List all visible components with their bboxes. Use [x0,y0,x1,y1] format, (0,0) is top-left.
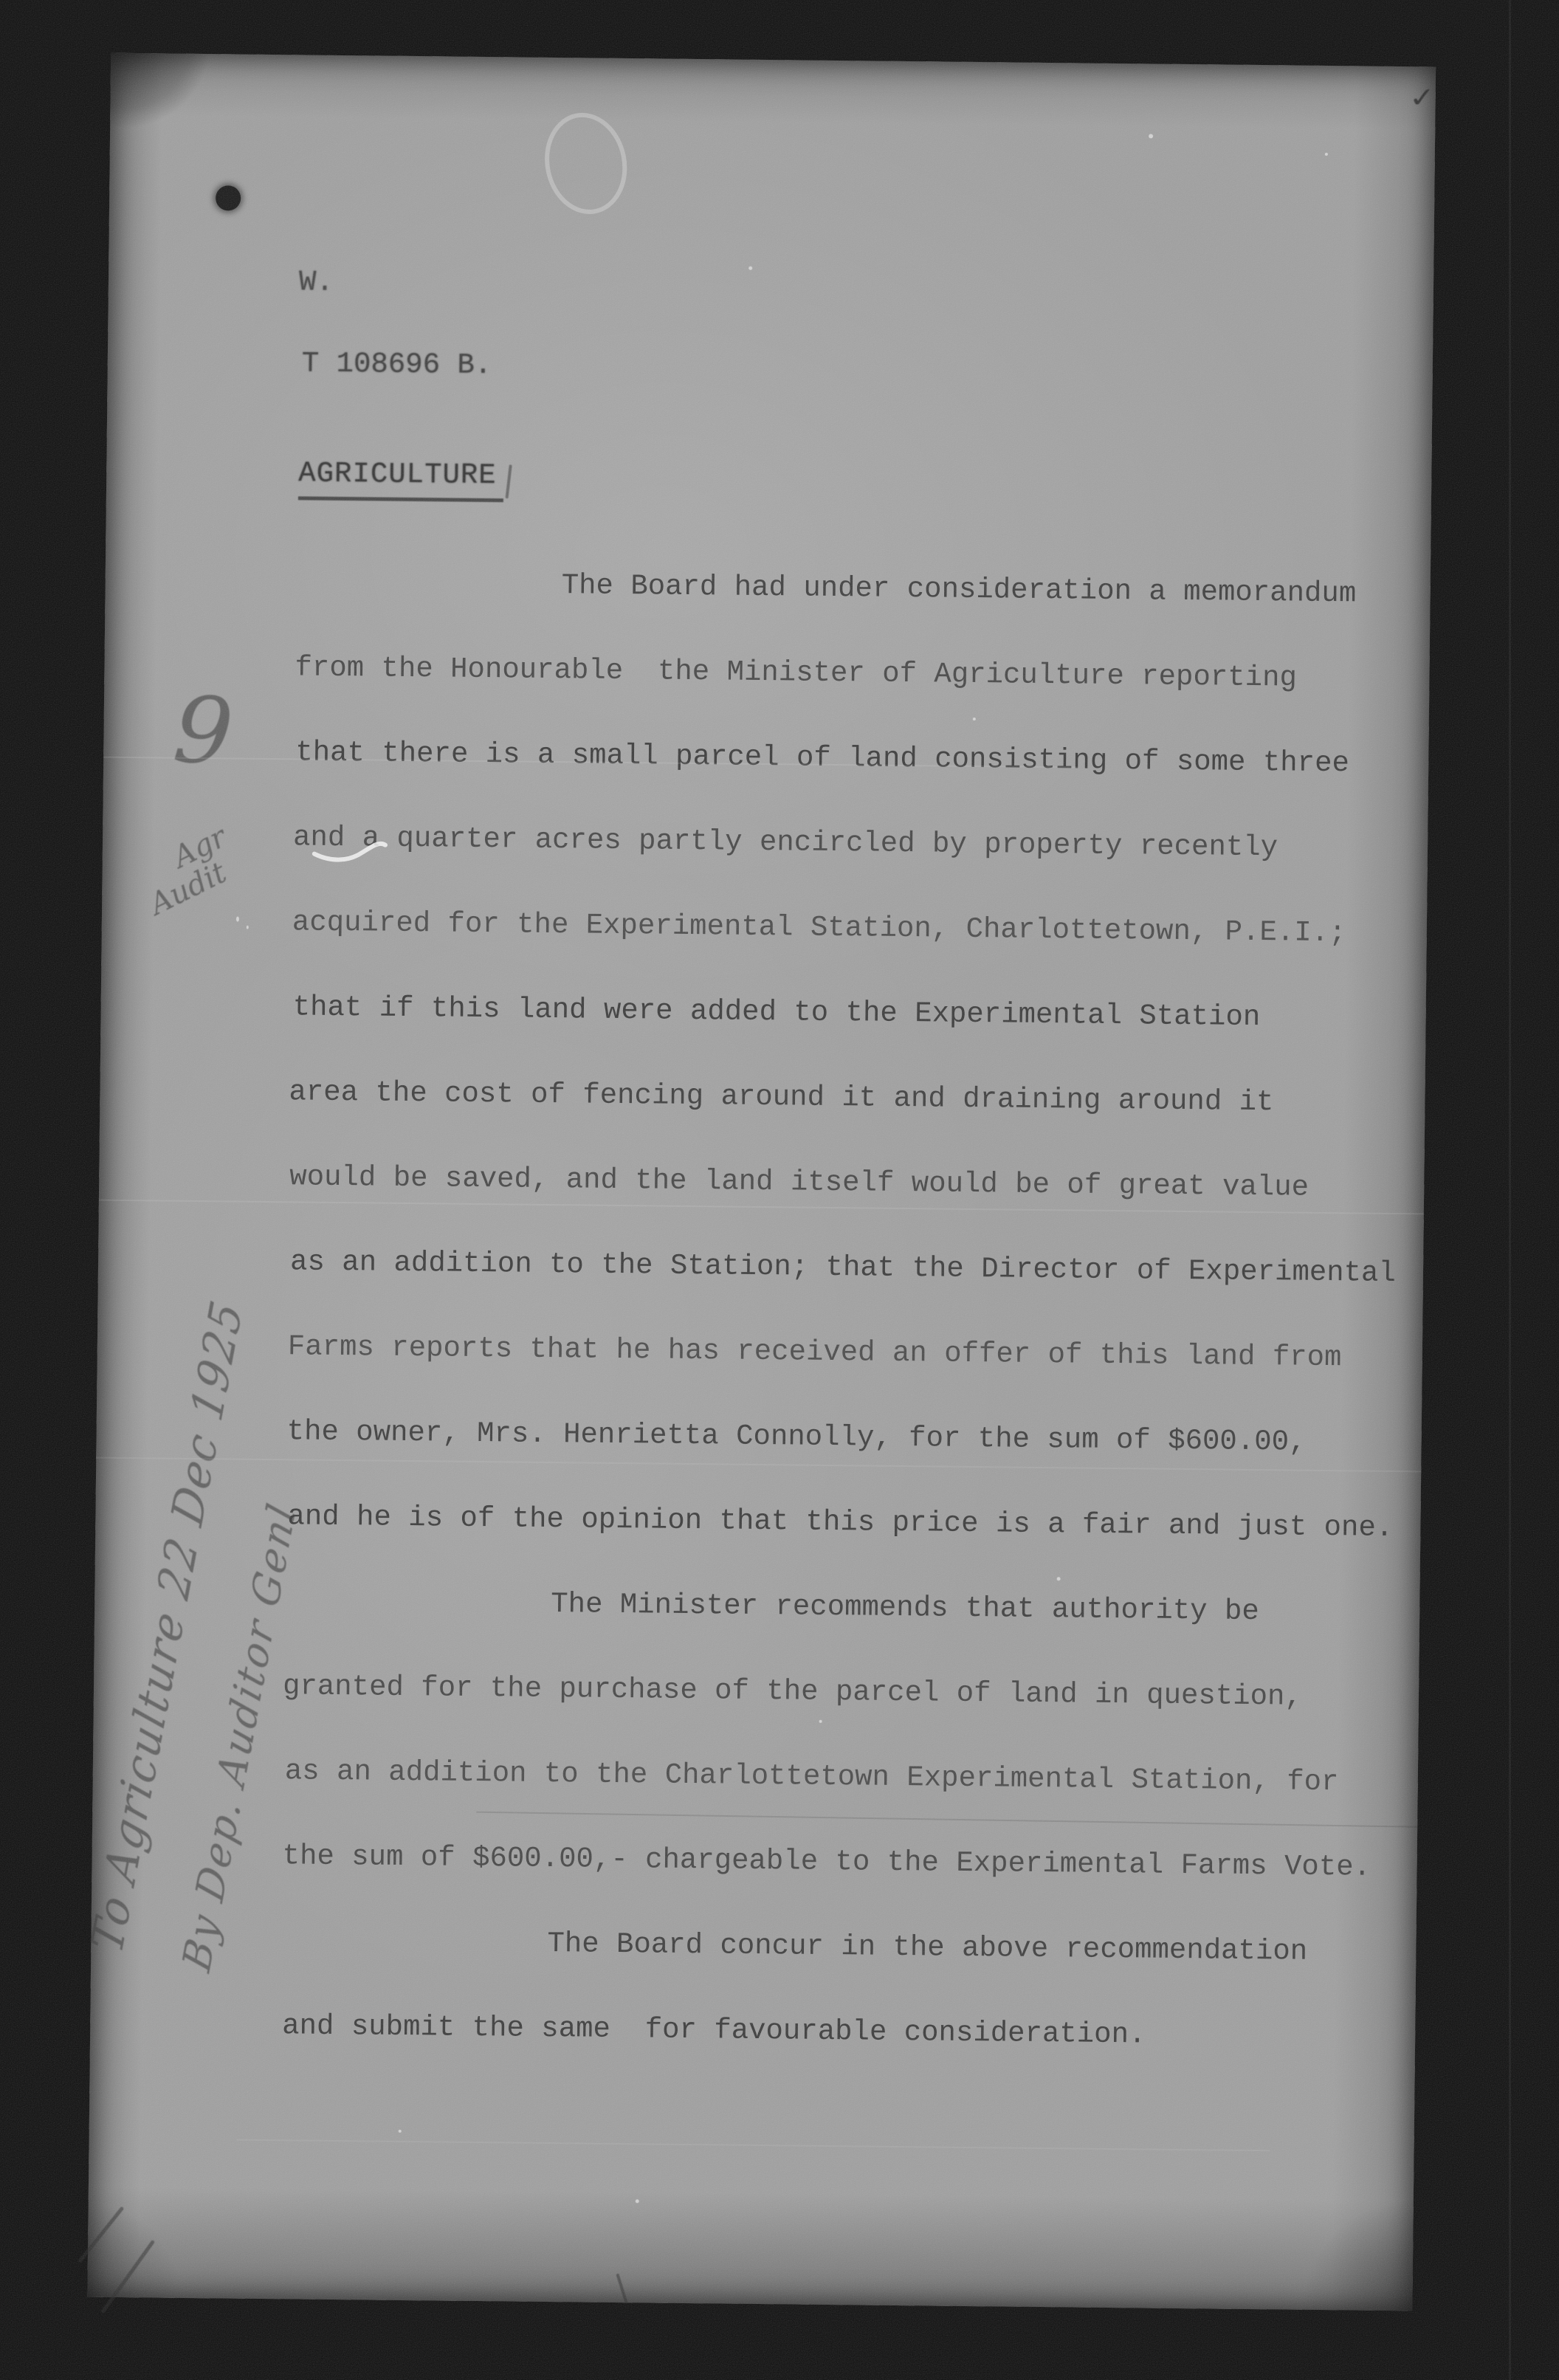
typed-line: the owner, Mrs. Henrietta Connolly, for … [286,1389,1393,1486]
water-ring-mark [539,108,633,219]
speck [247,926,249,929]
typed-line: The Board had under consideration a memo… [295,540,1402,637]
typed-line: acquired for the Experimental Station, C… [292,880,1398,977]
microfilm-frame: W. T 108696 B. AGRICULTURE The Board had… [0,0,1559,2380]
typed-line: as an addition to the Station; that the … [289,1220,1396,1316]
speck [636,2199,639,2203]
typed-line: would be saved, and the land itself woul… [289,1135,1396,1231]
typed-line: that there is a small parcel of land con… [295,710,1402,807]
scan-scratch-line [237,2139,1270,2152]
pencil-stroke [78,2207,124,2263]
typed-line: The Board concur in the above recommenda… [281,1899,1388,1995]
typed-line: the sum of $600.00,- chargeable to the E… [282,1814,1388,1910]
pencil-stroke [616,2273,627,2303]
document-body: The Board had under consideration a memo… [281,540,1402,2080]
speck [748,266,752,270]
section-heading-text: AGRICULTURE [298,457,504,502]
film-edge-line [1509,0,1511,2380]
page-number-note: 9 [170,675,237,787]
typed-line: area the cost of fencing around it and d… [289,1050,1395,1146]
section-heading: AGRICULTURE [298,457,504,502]
typed-line: that if this land were added to the Expe… [292,965,1399,1062]
typed-line: and a quarter acres partly encircled by … [292,795,1399,892]
punch-hole-mark [216,185,241,210]
typed-line: and he is of the opinion that this price… [287,1474,1394,1571]
typed-line: and submit the same for favourable consi… [282,1984,1388,2080]
checkmark-icon: ✓ [1408,82,1436,114]
speck [399,2130,402,2133]
typed-annotation: W. [299,266,334,298]
document-page: W. T 108696 B. AGRICULTURE The Board had… [87,53,1436,2311]
typed-line: from the Honourable the Minister of Agri… [295,625,1401,722]
speck [1325,153,1328,156]
speck [1149,134,1153,138]
file-number: T 108696 B. [302,347,492,382]
pencil-stroke [100,2240,155,2314]
typed-line: granted for the purchase of the parcel o… [282,1644,1388,1741]
typed-line: The Minister recommends that authority b… [285,1559,1391,1656]
speck [236,917,239,922]
typed-line: as an addition to the Charlottetown Expe… [284,1729,1391,1826]
typed-line: Farms reports that he has received an of… [287,1304,1394,1401]
speck [973,718,976,720]
speck [819,1720,822,1723]
pencil-stroke [506,464,512,498]
speck [1057,1577,1061,1581]
